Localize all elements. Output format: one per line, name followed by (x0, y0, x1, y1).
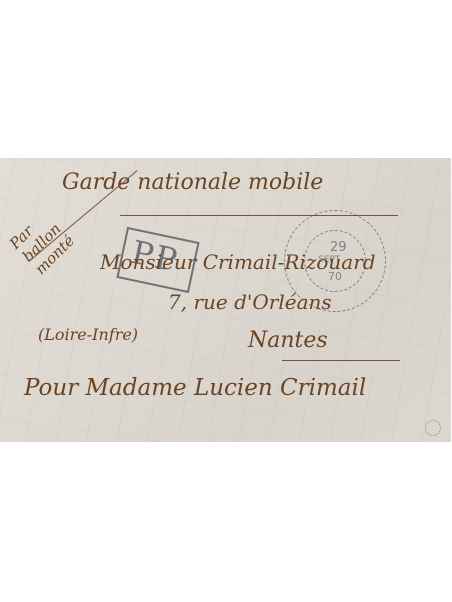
department-text: (Loire-Infre) (38, 325, 138, 344)
city-text: Nantes (248, 328, 328, 353)
attention-text: Pour Madame Lucien Crimail (24, 375, 366, 401)
city-underline (282, 360, 400, 361)
street-text: 7, rue d'Orléans (168, 290, 332, 314)
header-text: Garde nationale mobile (62, 170, 323, 195)
small-stamp-mark (425, 420, 441, 436)
addressee-text: Monsieur Crimail-Rizouard (100, 250, 376, 274)
